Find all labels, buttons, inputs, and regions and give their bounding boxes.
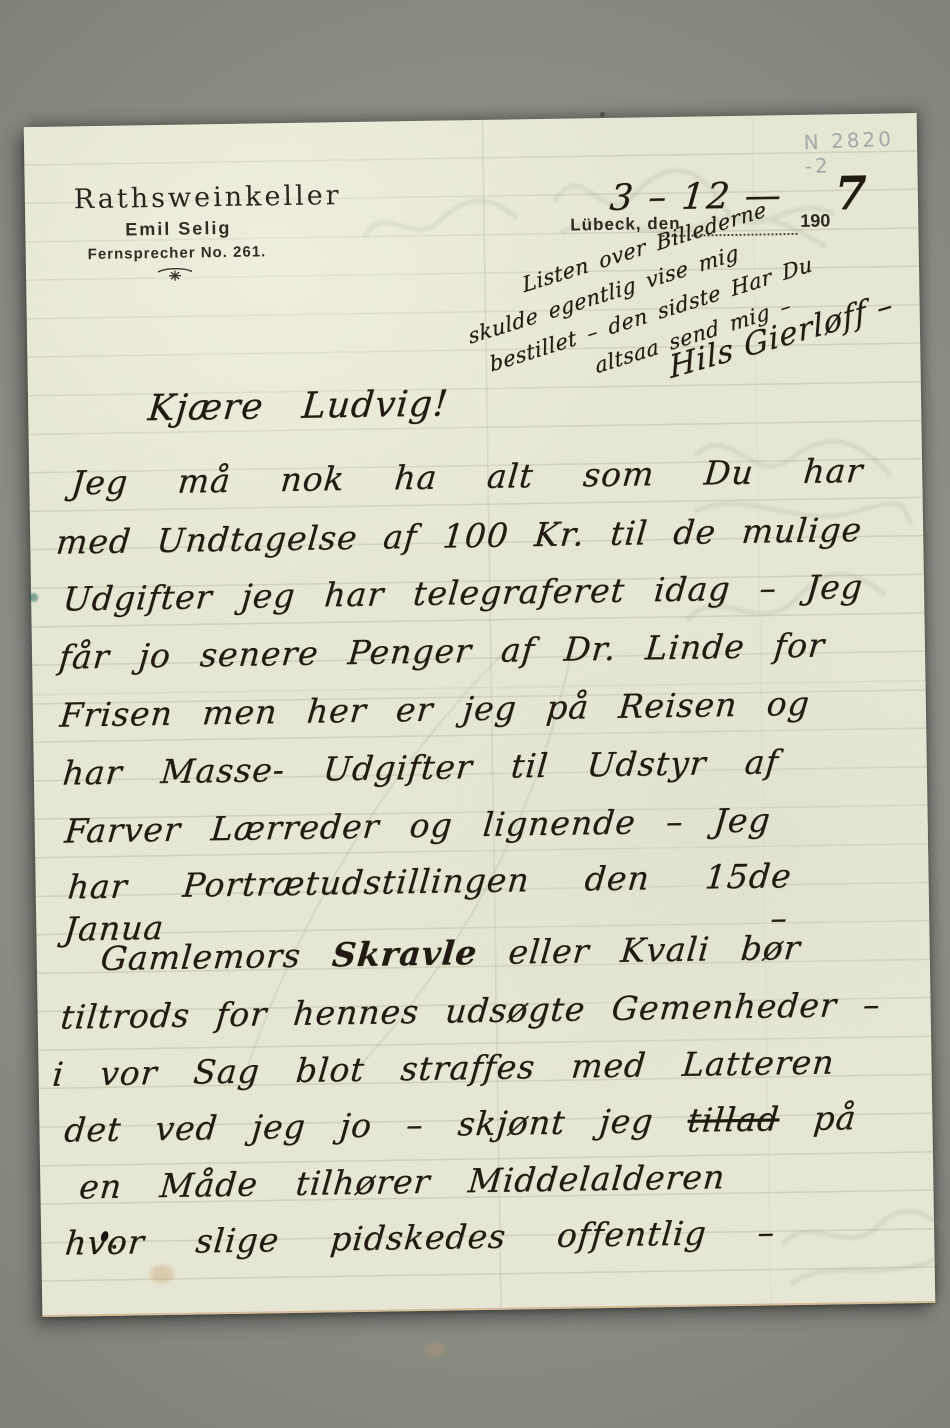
- proprietor-name: Emil Selig: [125, 218, 231, 241]
- letter-line-fragment: Gamlemors: [99, 936, 303, 978]
- letter-line: får jo senere Penger af Dr. Linde for: [57, 625, 827, 679]
- letter-line: hvor slige pidskedes offentlig –: [63, 1211, 777, 1264]
- photograph-of-letter: { "archive_number": "N 2820 -2", "letter…: [0, 0, 950, 1428]
- salutation: Kjære Ludvig!: [146, 383, 450, 429]
- letter-line: Udgifter jeg har telegraferet idag – Jeg: [61, 566, 865, 621]
- letter-line-fragment: det ved jeg jo – skjønt jeg: [63, 1101, 656, 1149]
- letter-line: i vor Sag blot straffes med Latteren: [51, 1041, 837, 1095]
- phone-number: Fernsprecher No. 261.: [88, 243, 267, 263]
- letter-line: det ved jeg jo – skjønt jeg tillad på: [63, 1097, 859, 1152]
- letter-line-fragment: på: [812, 1098, 858, 1138]
- letter-line: har Masse- Udgifter til Udstyr af: [61, 741, 781, 794]
- letterhead: Rathsweinkeller Emil Selig Fernsprecher …: [24, 113, 917, 127]
- dust-speck: [600, 112, 605, 117]
- letter-line: tiltrods for hennes udsøgte Gemenheder –: [59, 984, 883, 1039]
- overwritten-word: Skravle: [331, 933, 480, 974]
- bleedthrough-writing: [773, 1193, 950, 1300]
- bleedthrough-writing: [352, 173, 528, 267]
- letterhead-ornament-icon: [154, 266, 196, 285]
- foxing-stain: [150, 1265, 174, 1283]
- letter-paper: N 2820 -2 Rathsweinkeller Emil Selig Fer…: [24, 113, 936, 1317]
- struck-word: tillad: [686, 1099, 781, 1140]
- letter-line-fragment: eller Kvali bør: [507, 928, 803, 972]
- letter-line: Frisen men her er jeg på Reisen og: [58, 683, 812, 737]
- letter-line: Jeg må nok ha alt som Du har: [69, 450, 865, 505]
- letter-line: med Undtagelse af 100 Kr. til de mulige: [54, 509, 864, 564]
- business-name: Rathsweinkeller: [74, 180, 342, 215]
- foxing-stain: [425, 1343, 445, 1357]
- letter-line: Farver Lærreder og lignende – Jeg: [63, 799, 773, 852]
- dateline: Lübeck, den 190 3 – 12 — 7: [24, 113, 917, 127]
- letter-line: en Måde tilhører Middelalderen: [77, 1156, 727, 1208]
- ink-smudge: [29, 593, 38, 602]
